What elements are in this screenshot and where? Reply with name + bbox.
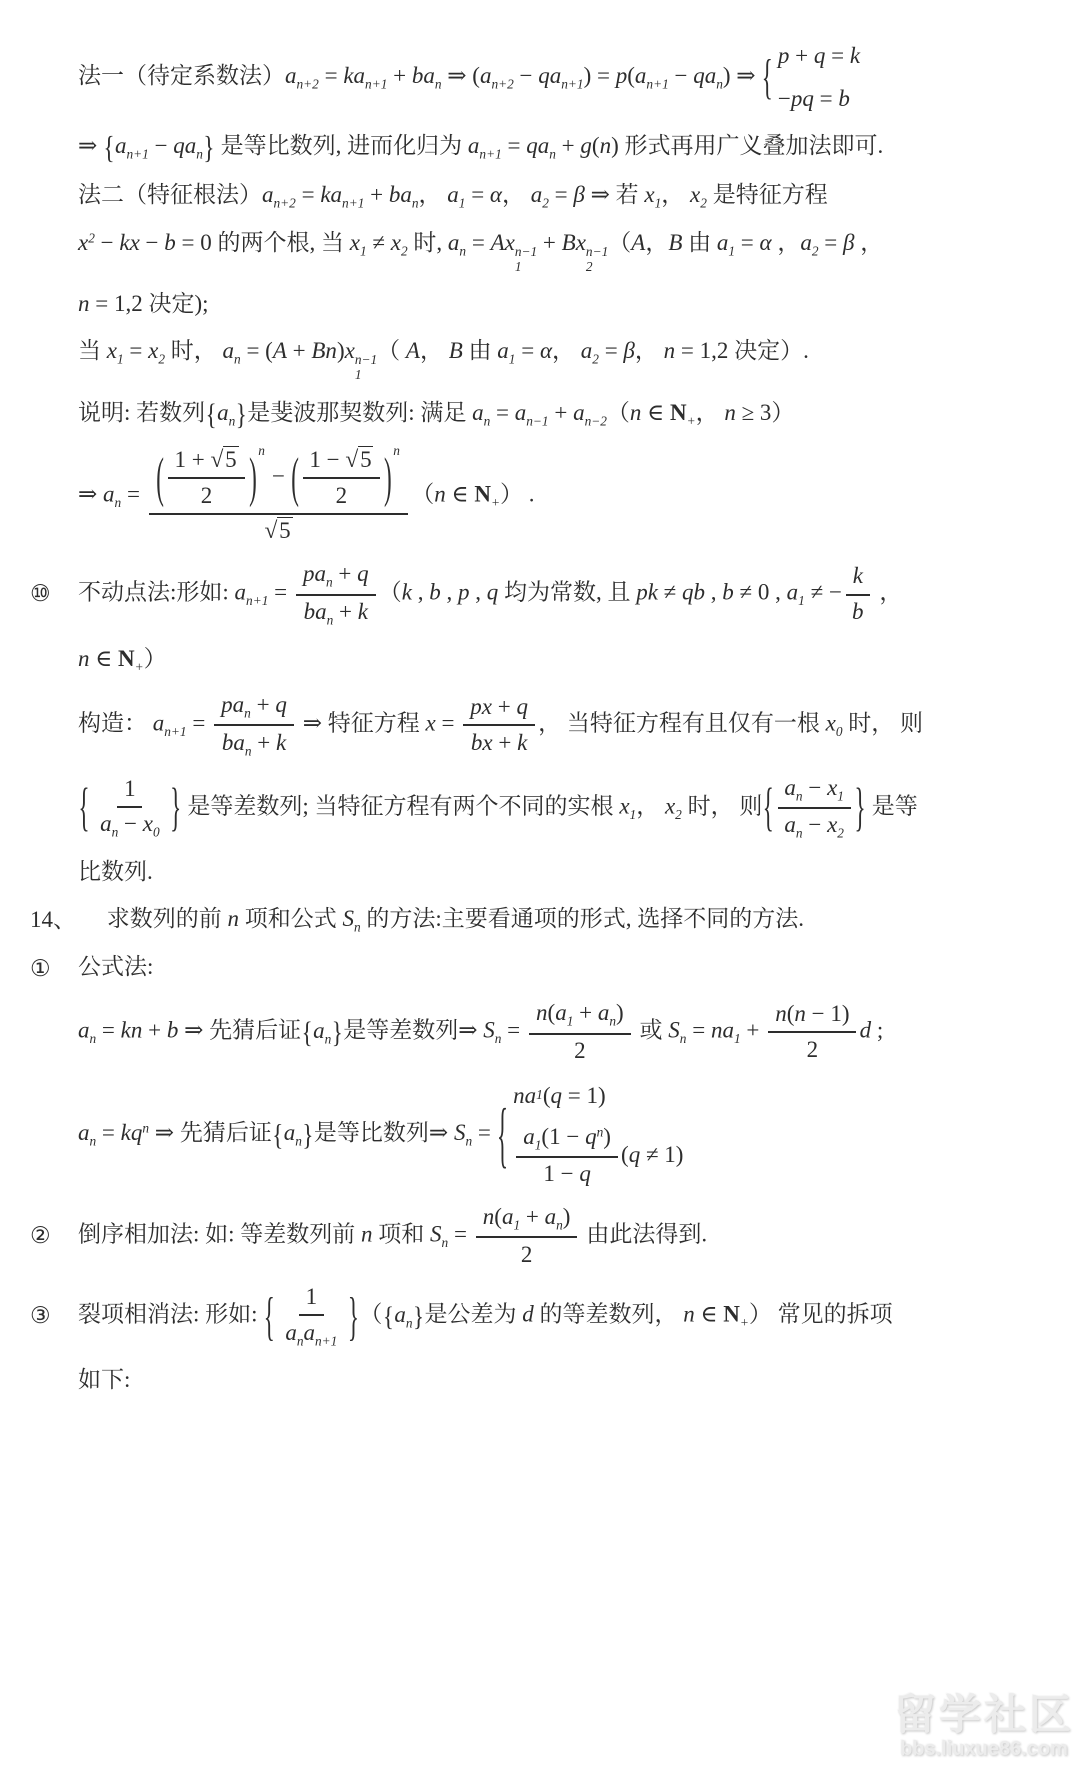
text-run: ， [854,230,883,255]
text-run: + [573,1000,597,1025]
math-run: a [502,1204,514,1229]
text-run: , [441,580,458,605]
math-run: n [228,906,240,931]
math-run: 2 [812,243,819,258]
math-run: n [775,1001,787,1026]
group-content: an − x1an − x2 [774,774,854,843]
text-run: ） . [500,481,535,506]
math-run: qa [693,63,716,88]
math-run: n+1 [342,195,364,210]
math-run: q [579,1161,591,1186]
radical-sign: √ [345,447,358,473]
fraction: n(n − 1)2 [768,1000,856,1064]
text-run: = [502,133,526,158]
text-run: ⇒ [78,481,103,506]
math-run: a [523,1124,535,1149]
square-root: √5 [210,447,238,472]
cases-group: {na1(q = 1)a1(1 − qn)1 − q(q ≠ 1) [497,1080,684,1189]
math-run: x [826,711,836,736]
math-run: Ax [491,230,515,255]
math-run: x [350,230,360,255]
math-run: q [550,1080,562,1113]
math-run: x [665,793,675,818]
math-run: a [573,400,585,425]
text-run: ， [661,182,690,207]
math-run: n [297,1333,304,1348]
text-run: = [549,182,573,207]
text-run: − [778,83,791,116]
formula-line-13: 比数列. [78,856,1028,889]
math-run: x [143,811,153,836]
fraction: (1 + √52)n − (1 − √52)n√5 [149,446,408,547]
text-run: 2 [336,483,348,508]
math-run: b [838,83,850,116]
text-run: ， 当特征方程有且仅有一根 [538,711,826,736]
text-run: + [741,1018,765,1043]
close-fence: } [854,782,866,835]
text-run: ⇒ 特征方程 [297,711,426,736]
math-run: a [635,63,647,88]
text-run: = [814,83,838,116]
math-run: n+1 [126,147,148,162]
text-run: ） [144,646,167,671]
denominator: 2 [329,479,354,510]
math-run: qa [526,133,549,158]
text-run: + [492,694,516,719]
math-run: 2 [837,826,844,841]
text-run: 法一（待定系数法） [78,63,285,88]
fraction: 1 + √52 [168,446,246,511]
math-run: n [483,1204,495,1229]
math-run: 2 [542,195,549,210]
math-run: β [573,182,584,207]
item-number: ① [30,953,78,986]
text-run: = [735,230,759,255]
formula-line-3: 法二（特征根法）an+2 = kan+1 + ban， a1 = α， a2 =… [78,179,1028,213]
sub-sup-stack: n−11 [355,352,377,383]
math-run: n [295,1133,302,1148]
text-run: ⇒ 若 [585,182,645,207]
superscript: n−1 [515,244,537,259]
math-run: p [616,63,628,88]
math-run: k [358,599,368,624]
formula-line-19: ③裂项相消法: 形如: {1anan+1}（{an}是公差为 d 的等差数列， … [30,1283,1028,1349]
fraction: an − x1an − x2 [778,774,851,843]
text-run: ( [494,1204,502,1229]
text-run: + [387,63,411,88]
fenced-group: {an} [382,1299,424,1333]
group-content: 1 − √52 [299,446,383,511]
text-run: + [520,1204,544,1229]
group-content: an [217,397,235,431]
text-run: 由此法得到. [581,1221,708,1246]
text-run: ， [772,230,801,255]
numerator: k [846,562,870,595]
math-run: n [556,1217,563,1232]
math-run: a [787,580,799,605]
math-run: 1 [360,243,367,258]
text-run: ; [871,1018,883,1043]
math-run: n+1 [315,1333,337,1348]
math-run: 2 [675,807,682,822]
formula-line-12: {1an − x0} 是等差数列; 当特征方程有两个不同的实根 x1， x2 时… [78,774,1028,843]
text-run: 是等差数列; 当特征方程有两个不同的实根 [182,793,620,818]
group-content: an [394,1299,412,1333]
math-run: x [391,230,401,255]
math-run: Bx [562,230,586,255]
text-run: 时, [408,230,448,255]
math-run: n [724,400,736,425]
denominator: √5 [258,515,300,547]
math-run: q [275,692,287,717]
math-run: 1 [117,351,124,366]
open-fence: { [263,1290,275,1343]
math-run: a [515,400,527,425]
cases-brace: { [761,54,773,102]
math-run: b [429,580,441,605]
math-run: x [827,812,837,837]
text-run: = [466,230,490,255]
math-run: x [827,775,837,800]
text-run: （ [607,400,630,425]
math-run: n+1 [561,76,583,91]
cases-rows: p + q = k−pq = b [778,40,860,116]
subscript: 2 [586,259,593,274]
math-run: n [361,1221,373,1246]
text-run: 1 [306,1284,318,1309]
math-run: a [784,812,796,837]
case-row: na1(q = 1) [513,1080,605,1113]
text-run: = [599,338,623,363]
text-run: + [333,599,357,624]
math-run: 1 [798,593,805,608]
math-run: n+2 [491,76,513,91]
fenced-group: (1 − √52)n [291,446,401,511]
text-run: ≠ − [805,580,842,605]
text-run: = [819,230,843,255]
close-fence: } [302,1119,314,1149]
close-fence: } [331,1017,343,1047]
math-run: pa [303,561,326,586]
square-root: √5 [345,447,373,472]
math-run: n+1 [365,76,387,91]
math-run: 2 [158,351,165,366]
text-run: ， [636,793,665,818]
text-run: ⇒ ( [442,63,480,88]
text-run: + [287,338,311,363]
math-run: a [447,182,459,207]
math-run: a [598,1000,610,1025]
text-run: − [669,63,693,88]
math-run: k [402,580,412,605]
math-run: p [458,580,470,605]
math-run: a [115,133,127,158]
radical-sign: √ [210,447,223,473]
superscript: n−1 [586,244,608,259]
formula-line-2: ⇒ {an+1 − qan} 是等比数列, 进而化归为 an+1 = qan +… [78,130,1028,165]
text-run: + [251,692,275,717]
math-run: a [784,775,796,800]
math-run: x [107,338,117,363]
text-run: 1 + [174,447,210,472]
text-run: 2 [521,1242,533,1267]
math-run: a [717,230,729,255]
math-run: ka [320,182,342,207]
denominator: 2 [514,1238,539,1269]
math-run: a [78,1018,90,1043]
fraction: pan + qban + k [296,560,375,629]
text-run: + [333,561,357,586]
text-run: ) [616,1000,624,1025]
group-content: an [284,1117,302,1151]
numerator: 1 [299,1283,324,1316]
math-run: qa [173,133,196,158]
math-run: a [468,133,480,158]
math-run: x [78,230,88,255]
text-run: 2 [807,1037,819,1062]
text-run: = [187,711,211,736]
math-run: x [425,711,435,736]
math-run: n+2 [274,195,296,210]
open-fence: ( [156,450,165,505]
math-run: a [313,1018,325,1043]
numerator: n(n − 1) [768,1000,856,1033]
item-number: 14、 [30,904,78,937]
math-run: q [487,580,499,605]
math-run: A [406,338,420,363]
math-run: a [581,338,593,363]
text-run: − [514,63,538,88]
math-run: n [794,1001,806,1026]
close-fence: } [347,1290,359,1343]
math-run: kx [119,230,139,255]
text-run: （ [411,481,434,506]
text-run: ≥ 3） [736,400,795,425]
text-run: 或 [634,1018,669,1043]
math-run: N [474,481,491,506]
math-run: n−1 [526,413,548,428]
math-run: 1 [837,788,844,803]
subscript: 1 [515,259,522,274]
formula-line-17: an = kqn ⇒ 先猜后证{an}是等比数列⇒ Sn = {na1(q = … [78,1080,1028,1189]
denominator: 2 [567,1035,592,1066]
math-run: 2 [401,243,408,258]
sub-sup-stack: n−11 [515,244,537,275]
sub-sup-stack: n−12 [586,244,608,275]
math-run: a [472,400,484,425]
math-run: A [273,338,287,363]
superscript: n−1 [355,352,377,367]
math-run: n [600,133,612,158]
text-run: = [448,1221,472,1246]
text-run: 1 − [543,1161,579,1186]
text-run: ， [552,338,581,363]
text-run: ， [874,580,903,605]
denominator: 1 − q [536,1158,597,1189]
math-run: N [118,646,135,671]
math-run: b [722,580,734,605]
math-run: 2 [700,195,707,210]
close-fence: ) [384,450,393,505]
fraction: kb [845,562,870,626]
text-run: 项和 [373,1221,431,1246]
math-run: 1 [734,1031,741,1046]
text-run: 2 [574,1038,586,1063]
text-run: + [142,1018,166,1043]
math-run: ba [389,182,412,207]
math-run: n [78,646,90,671]
math-run: a [235,580,247,605]
text-run: ， [645,230,668,255]
fenced-group: {an − x1an − x2} [762,774,866,843]
math-run: a [262,182,274,207]
close-fence: } [170,782,182,835]
denominator: b [845,596,870,627]
text-run: 公式法: [78,954,153,979]
text-run: ( [543,1080,551,1113]
text-run: （ [379,580,402,605]
math-run: n [434,481,446,506]
text-run: + [556,133,580,158]
text-run: ， [502,182,531,207]
case-row: p + q = k [778,40,860,73]
math-run: S [483,1018,495,1043]
text-run: 是等比数列, 进而化归为 [215,133,468,158]
math-run: k [276,730,286,755]
text-run: 是公差为 [424,1302,522,1327]
math-run: ba [304,599,327,624]
denominator: an − x0 [93,808,166,841]
math-run: a [448,230,460,255]
text-run: 不动点法:形如: [78,580,235,605]
math-run: n [412,195,419,210]
formula-content: 法一（待定系数法）an+2 = kan+1 + ban ⇒ (an+2 − qa… [78,40,1028,1396]
text-run: = [96,1120,120,1145]
math-run: n+1 [479,146,501,161]
math-run: a [285,1320,297,1345]
formula-line-8: ⇒ an = (1 + √52)n − (1 − √52)n√5（n ∈ N+）… [78,446,1028,547]
text-run: − [140,230,164,255]
text-run: ∈ [695,1302,724,1327]
math-run: p [778,40,790,73]
math-run: + [740,1315,749,1330]
fraction: 1anan+1 [278,1283,344,1349]
math-run: + [491,495,500,510]
math-run: n [326,575,333,590]
group-content: an [313,1015,331,1049]
fraction: pan + qban + k [214,691,293,760]
text-run: 均为常数, 且 [498,580,636,605]
text-run: 说明: 若数列 [78,400,205,425]
math-run: n [234,351,241,366]
fraction: px + qbx + k [463,693,534,757]
math-run: n+1 [164,724,186,739]
math-run: n [549,146,556,161]
math-run: n+1 [246,593,268,608]
text-run: 由 [682,230,717,255]
denominator: 2 [800,1033,825,1064]
math-run: n [406,1316,413,1331]
denominator: anan+1 [278,1316,344,1349]
text-run: ， [635,338,664,363]
math-run: a [531,182,543,207]
close-fence: } [203,131,215,163]
numerator: n(a1 + an) [476,1203,577,1238]
text-run: = [686,1018,710,1043]
math-run: x [644,182,654,207]
numerator: pan + q [214,691,293,726]
text-run: − [118,811,142,836]
math-run: n [630,400,642,425]
math-run: a [284,1120,296,1145]
formula-line-16: an = kn + b ⇒ 先猜后证{an}是等差数列⇒ Sn = n(a1 +… [78,999,1028,1065]
case-row: a1(1 − qn)1 − q(q ≠ 1) [513,1123,683,1189]
text-run: ∈ [446,481,475,506]
math-run: x [690,182,700,207]
math-run: pq [791,83,814,116]
text-run: 是特征方程 [707,182,828,207]
denominator: ban + k [297,596,375,629]
math-run: a [103,481,115,506]
square-root: √5 [264,518,292,543]
numerator: px + q [463,693,534,726]
text-run: 法二（特征根法） [78,182,262,207]
numerator: a1(1 − qn) [516,1123,617,1158]
math-run: a [800,230,812,255]
item-number: ⑩ [30,578,78,611]
math-run: k [853,563,863,588]
text-run: − [803,775,827,800]
text-run: 1 [124,776,136,801]
fenced-group: {an+1 − qan} [103,130,215,164]
text-run: + [251,730,275,755]
math-run: qa [538,63,561,88]
math-run: a [223,338,235,363]
text-run: 构造： [78,711,153,736]
radicand: 5 [358,446,373,472]
open-fence: { [103,131,115,163]
text-run: , [705,580,722,605]
math-run: n+2 [297,76,319,91]
text-run: = [825,40,849,73]
watermark-title: 留学社区 [894,1693,1074,1737]
math-run: d [522,1302,534,1327]
fraction: n(a1 + an)2 [529,999,630,1065]
math-run: 2 [592,351,599,366]
formula-line-4: x2 − kx − b = 0 的两个根, 当 x1 ≠ x2 时, an = … [78,227,1028,275]
open-fence: { [205,400,217,430]
math-run: a [304,1320,316,1345]
math-run: a [217,400,229,425]
formula-line-18: ②倒序相加法: 如: 等差数列前 n 项和 Sn = n(a1 + an)2 由… [30,1203,1028,1269]
text-run: = ( [241,338,273,363]
denominator: an − x2 [778,809,851,842]
math-run: g [580,133,592,158]
formula-line-1: 法一（待定系数法）an+2 = kan+1 + ban ⇒ (an+2 − qa… [78,40,1028,116]
math-run: S [454,1120,466,1145]
radical-sign: √ [264,518,277,544]
math-run: n [325,1032,332,1047]
numerator: pan + q [296,560,375,595]
text-run: 求数列的前 [78,906,228,931]
close-fence: ) [249,450,258,505]
text-run: = [490,400,514,425]
text-run: 时， 则 [842,711,923,736]
text-run: ≠ 0 , [734,580,787,605]
watermark-url: bbs.liuxue86.com [894,1737,1074,1762]
math-run: px [470,694,492,719]
radicand: 5 [277,517,292,543]
